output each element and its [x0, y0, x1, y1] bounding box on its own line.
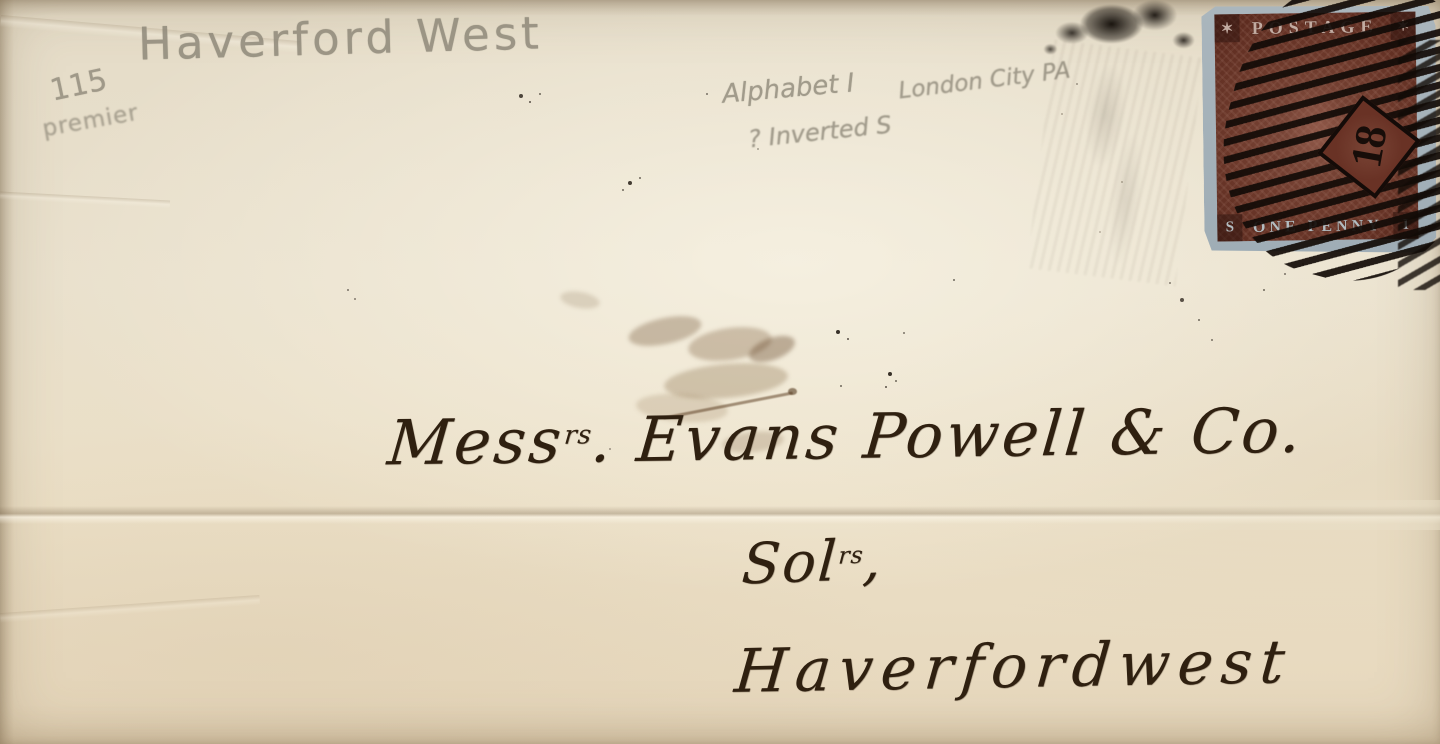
ink-blotch [1036, 0, 1216, 64]
cancel-smudge-trail [1027, 40, 1204, 287]
pencil-note-town: Haverford West [137, 6, 543, 70]
wrinkle-bottom-left [0, 595, 260, 623]
address-role-superscript: rs [837, 541, 864, 570]
address-role-punct: , [861, 527, 885, 593]
star-icon: ✶ [1214, 14, 1239, 42]
cancel-number: 18 [1340, 123, 1397, 171]
pencil-note-alphabet: Alphabet I [721, 68, 856, 109]
ink-spatter [0, 0, 4, 4]
envelope-scan: Haverford West 115 premier Alphabet I Lo… [0, 0, 1440, 744]
fold-crease-fade [900, 500, 1440, 530]
left-edge-shadow [0, 0, 14, 744]
address-role: Sol [740, 529, 841, 598]
address-addressee: Evans Powell & Co. [634, 394, 1307, 476]
pencil-note-office: London City PA [897, 58, 1072, 105]
ink-scratch-dot [788, 388, 797, 395]
fold-crease [0, 506, 1440, 524]
address-salutation-punct: . [588, 403, 617, 476]
ink-smudge [559, 289, 601, 312]
address-line-3: Haverfordwest [732, 627, 1295, 707]
address-salutation-superscript: rs [563, 420, 594, 450]
pencil-note-query: ? Inverted S [747, 111, 893, 154]
pencil-note-number: 115 [47, 62, 110, 108]
address-salutation: Mess [385, 404, 567, 480]
barred-cancel-overrun [1398, 40, 1440, 290]
address-line-2: Solrs, [740, 527, 886, 597]
wrinkle-left [0, 192, 170, 209]
address-line-1: Messrs. Evans Powell & Co. [385, 394, 1307, 480]
